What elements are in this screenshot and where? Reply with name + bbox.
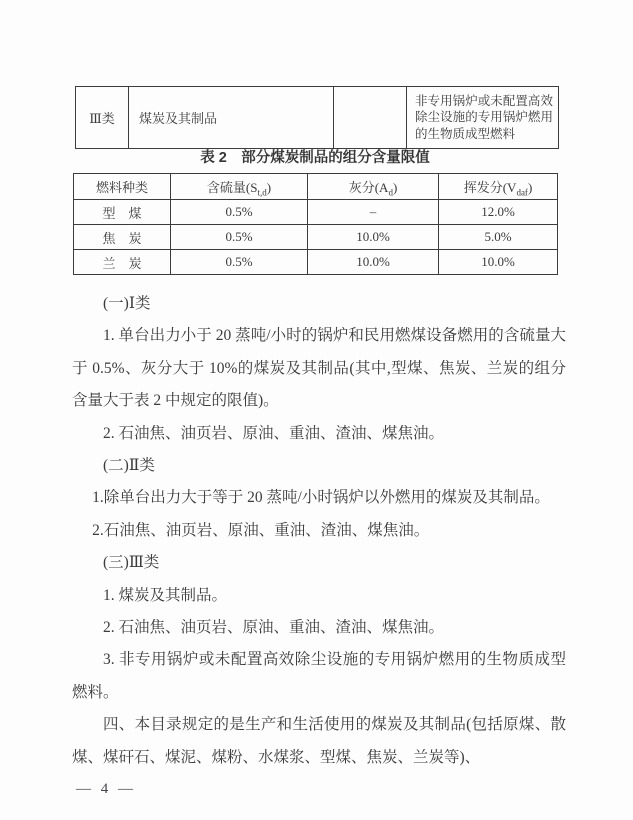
header-ash-content: 灰分(Ad) [308,174,439,200]
header-volatile-subscript: daf [516,188,528,198]
ash-value-cell: 10.0% [308,225,439,250]
limits-table-header-row: 燃料种类 含硫量(St,d) 灰分(Ad) 挥发分(Vdaf) [74,174,558,200]
class3-item-2: 2. 石油焦、油页岩、原油、重油、渣油、煤焦油。 [72,612,566,644]
class2-item-2: 2.石油焦、油页岩、原油、重油、渣油、煤焦油。 [72,515,566,547]
heading-class-1: (一)Ⅰ类 [72,288,566,320]
fuel-description-cell: 非专用锅炉或未配置高效除尘设施的专用锅炉燃用的生物质成型燃料 [407,87,559,149]
section-4-paragraph: 四、本目录规定的是生产和生活使用的煤炭及其制品(包括原煤、散煤、煤矸石、煤泥、煤… [72,709,566,774]
class1-item-1: 1. 单台出力小于 20 蒸吨/小时的锅炉和民用燃煤设备燃用的含硫量大于 0.5… [72,320,566,417]
fuel-name-cell: 兰 炭 [74,250,171,275]
header-volatile-close: ) [528,180,532,195]
header-ash-label: 灰分(A [349,180,389,195]
fuel-type-cell: 煤炭及其制品 [129,87,334,149]
class1-item-2: 2. 石油焦、油页岩、原油、重油、渣油、煤焦油。 [72,418,566,450]
sulfur-value-cell: 0.5% [171,225,308,250]
page-number: — 4 — [76,781,136,798]
ash-value-cell: – [308,200,439,225]
category-table: Ⅲ类 煤炭及其制品 非专用锅炉或未配置高效除尘设施的专用锅炉燃用的生物质成型燃料 [75,86,559,149]
header-volatile-label: 挥发分(V [464,180,517,195]
sulfur-value-cell: 0.5% [171,250,308,275]
class3-item-1: 1. 煤炭及其制品。 [72,580,566,612]
document-page: Ⅲ类 煤炭及其制品 非专用锅炉或未配置高效除尘设施的专用锅炉燃用的生物质成型燃料… [0,0,633,820]
header-sulfur-close: ) [267,180,271,195]
header-sulfur-label: 含硫量(S [207,180,258,195]
header-volatile-content: 挥发分(Vdaf) [439,174,558,200]
volatile-value-cell: 5.0% [439,225,558,250]
fuel-name-cell: 焦 炭 [74,225,171,250]
table2-title: 表 2 部分煤炭制品的组分含量限值 [73,146,557,167]
volatile-value-cell: 12.0% [439,200,558,225]
sulfur-value-cell: 0.5% [171,200,308,225]
class2-item-1: 1.除单台出力大于等于 20 蒸吨/小时锅炉以外燃用的煤炭及其制品。 [72,482,566,514]
limits-table-row-coke: 焦 炭 0.5% 10.0% 5.0% [74,225,558,250]
limits-table-row-briquette: 型 煤 0.5% – 12.0% [74,200,558,225]
limits-table: 燃料种类 含硫量(St,d) 灰分(Ad) 挥发分(Vdaf) 型 煤 0.5%… [73,173,558,275]
header-sulfur-subscript: t,d [257,188,266,198]
empty-cell [334,87,407,149]
ash-value-cell: 10.0% [308,250,439,275]
heading-class-3: (三)Ⅲ类 [72,547,566,579]
header-ash-close: ) [393,180,397,195]
body-text: (一)Ⅰ类 1. 单台出力小于 20 蒸吨/小时的锅炉和民用燃煤设备燃用的含硫量… [72,288,566,774]
limits-table-row-semicoke: 兰 炭 0.5% 10.0% 10.0% [74,250,558,275]
heading-class-2: (二)Ⅱ类 [72,450,566,482]
volatile-value-cell: 10.0% [439,250,558,275]
header-sulfur-content: 含硫量(St,d) [171,174,308,200]
category-label-cell: Ⅲ类 [76,87,129,149]
fuel-name-cell: 型 煤 [74,200,171,225]
class3-item-3: 3. 非专用锅炉或未配置高效除尘设施的专用锅炉燃用的生物质成型燃料。 [72,644,566,709]
header-fuel-type: 燃料种类 [74,174,171,200]
category-table-row: Ⅲ类 煤炭及其制品 非专用锅炉或未配置高效除尘设施的专用锅炉燃用的生物质成型燃料 [76,87,559,149]
